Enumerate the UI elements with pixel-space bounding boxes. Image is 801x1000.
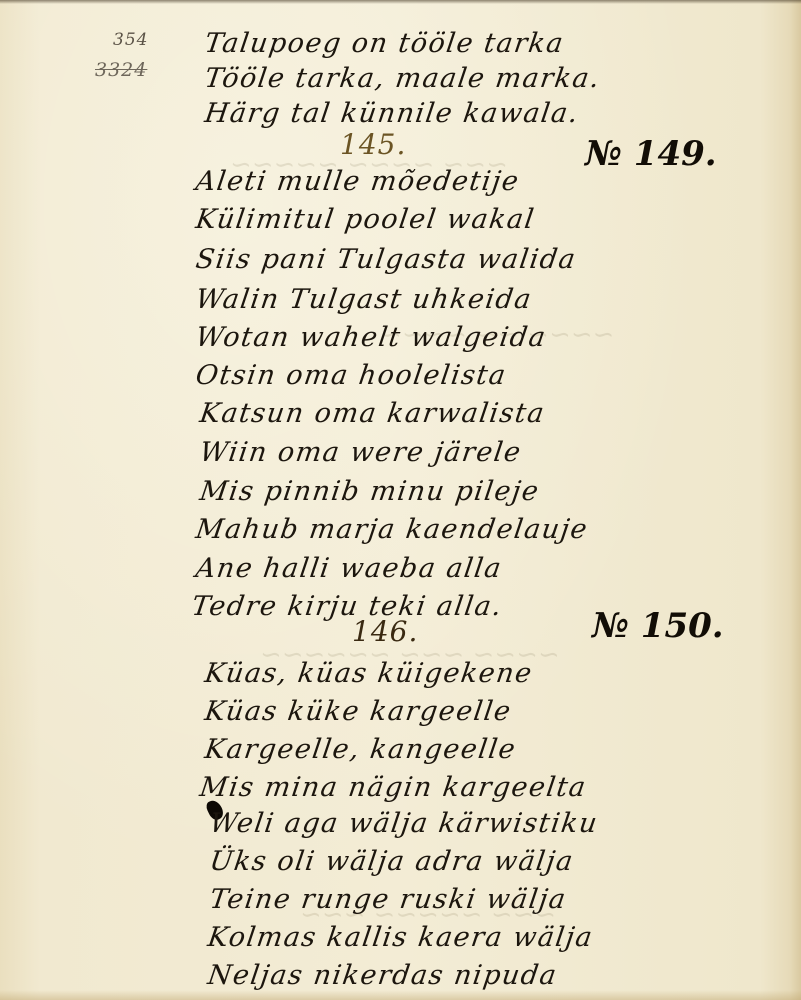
verse-line: Härg tal künnile kawala. [203, 98, 581, 129]
song-number-label: № 150. [592, 606, 724, 646]
verse-line: Aleti mulle mõedetije [194, 166, 522, 197]
song-index: 145. [340, 128, 406, 161]
manuscript-page: ~~~ ~~~~ ~~~~~ ~~~~ ~~ ~~~~ ~~~~ ~~~ ~~~… [0, 0, 801, 1000]
page-top-edge [0, 0, 801, 4]
verse-line: Teine runge ruski wälja [208, 884, 569, 915]
verse-line: Küas küke kargeelle [203, 696, 514, 727]
verse-line: Wiin oma were järele [198, 437, 524, 468]
archive-number-current: 354 [113, 30, 148, 50]
song-number-label: № 149. [585, 134, 717, 174]
verse-line: Wotan wahelt walgeida [194, 322, 549, 353]
verse-line: Mis mina nägin kargeelta [198, 772, 589, 803]
verse-line: Mahub marja kaendelauje [194, 514, 590, 545]
verse-line: Walin Tulgast uhkeida [194, 284, 534, 315]
verse-line: Mis pinnib minu pileje [198, 476, 542, 507]
verse-line: Katsun oma karwalista [198, 398, 547, 429]
verse-line: Küas, küas küigekene [203, 658, 535, 689]
song-index: 146. [352, 615, 418, 648]
verse-line: Ane halli waeba alla [194, 553, 504, 584]
verse-line: Üks oli wälja adra wälja [208, 846, 576, 877]
verse-line: Otsin oma hoolelista [194, 360, 509, 391]
verse-line: Kolmas kallis kaera wälja [206, 922, 595, 953]
verse-line: Külimitul poolel wakal [194, 204, 537, 235]
verse-line: Weli aga wälja kärwistiku [208, 808, 600, 839]
verse-line: Kargeelle, kangeelle [203, 734, 519, 765]
verse-line: Tööle tarka, maale marka. [203, 63, 603, 94]
verse-line: Siis pani Tulgasta walida [194, 244, 579, 275]
verse-line: Tedre kirju teki alla. [190, 591, 505, 622]
verse-line: Talupoeg on tööle tarka [203, 28, 566, 59]
verse-line: Neljas nikerdas nipuda [206, 960, 560, 991]
archive-number-old-struck: 3324 [95, 59, 147, 81]
